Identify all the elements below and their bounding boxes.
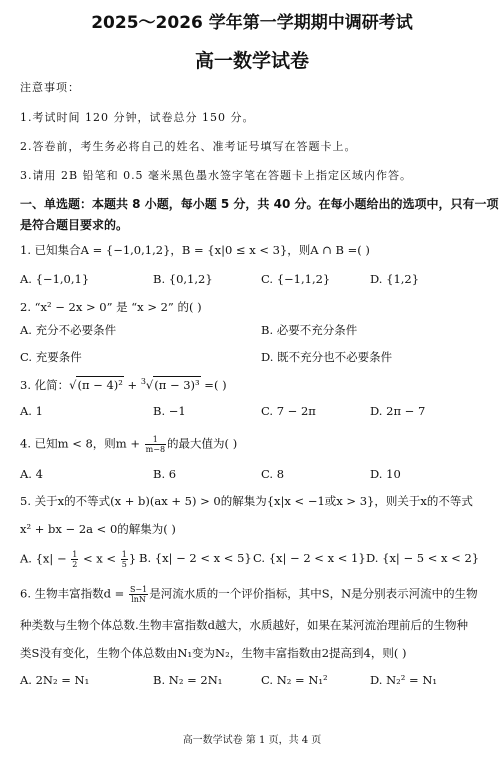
sqrt-symbol: √ [69, 378, 76, 392]
option-a-suffix: } [129, 552, 136, 566]
question-6-option-c[interactable]: C. N₂ = N₁² [261, 672, 328, 688]
question-6-option-a[interactable]: A. 2N₂ = N₁ [20, 672, 89, 688]
question-2-option-d[interactable]: D. 既不充分也不必要条件 [261, 349, 392, 365]
question-2-stem: 2. “x² − 2x > 0” 是 “x > 2” 的( ) [20, 299, 202, 315]
question-4-suffix: 的最大值为( ) [167, 437, 237, 451]
question-3-option-d[interactable]: D. 2π − 7 [370, 403, 425, 419]
fraction-numerator: 1 [71, 550, 78, 560]
question-4-prefix: 4. 已知m < 8，则m + [20, 437, 144, 451]
option-a-fraction-1: 12 [71, 550, 78, 569]
question-3-stem: 3. 化简：√(π − 4)² + 3√(π − 3)³ =( ) [20, 376, 227, 393]
question-6-stem-line2: 种类数与生物个体总数.生物丰富指数d越大，水质越好，如果在某河流治理前后的生物种 [20, 617, 468, 633]
page-footer: 高一数学试卷 第 1 页，共 4 页 [0, 731, 504, 746]
question-2-option-c[interactable]: C. 充要条件 [20, 349, 82, 365]
notes-heading: 注意事项： [20, 80, 80, 96]
question-6-line1-rest: 是河流水质的一个评价指标，其中S，N是分别表示河流中的生物 [149, 587, 477, 601]
question-1-option-a[interactable]: A. {−1,0,1} [20, 271, 89, 287]
question-3-suffix: =( ) [201, 378, 227, 392]
fraction-numerator: S−1 [129, 585, 148, 595]
question-6-fraction: S−1lnN [129, 585, 148, 604]
exam-subtitle: 高一数学试卷 [0, 46, 504, 73]
question-1-option-c[interactable]: C. {−1,1,2} [261, 271, 330, 287]
fraction-denominator: 5 [121, 560, 128, 569]
question-5-option-b[interactable]: B. {x| − 2 < x < 5} [139, 550, 252, 566]
question-3-option-a[interactable]: A. 1 [20, 403, 43, 419]
question-5-stem-line2: x² + bx − 2a < 0的解集为( ) [20, 521, 176, 537]
question-6-stem-line3: 类S没有变化，生物个体总数由N₁变为N₂，生物丰富指数由2提高到4，则( ) [20, 645, 406, 661]
section-heading-line2: 是符合题目要求的。 [20, 217, 128, 233]
note-item-3: 3.请用 2B 铅笔和 0.5 毫米黑色墨水签字笔在答题卡上指定区域内作答。 [20, 168, 412, 184]
exam-page: 2025～2026 学年第一学期期中调研考试 高一数学试卷 注意事项： 1.考试… [0, 0, 504, 764]
question-3-option-c[interactable]: C. 7 − 2π [261, 403, 316, 419]
fraction-numerator: 1 [121, 550, 128, 560]
cube-root-symbol: √ [146, 378, 153, 392]
question-6-option-d[interactable]: D. N₂² = N₁ [370, 672, 437, 688]
exam-title: 2025～2026 学年第一学期期中调研考试 [0, 8, 504, 33]
question-1-option-b[interactable]: B. {0,1,2} [153, 271, 213, 287]
question-4-option-a[interactable]: A. 4 [20, 466, 43, 482]
fraction-denominator: 2 [71, 560, 78, 569]
option-a-middle: < x < [79, 552, 119, 566]
question-6-prefix: 6. 生物丰富指数d = [20, 587, 128, 601]
question-5-option-d[interactable]: D. {x| − 5 < x < 2} [366, 550, 479, 566]
cube-root-radicand: (π − 3)³ [153, 376, 200, 393]
section-heading-line1: 一、单选题：本题共 8 小题，每小题 5 分，共 40 分。在每小题给出的选项中… [20, 196, 498, 212]
question-4-stem: 4. 已知m < 8，则m + 1m−8的最大值为( ) [20, 435, 237, 454]
note-item-1: 1.考试时间 120 分钟，试卷总分 150 分。 [20, 110, 254, 126]
option-a-fraction-2: 15 [121, 550, 128, 569]
question-3-option-b[interactable]: B. −1 [153, 403, 186, 419]
fraction-denominator: lnN [129, 595, 148, 604]
question-3-prefix: 3. 化简： [20, 378, 69, 392]
note-item-2: 2.答卷前，考生务必将自己的姓名、准考证号填写在答题卡上。 [20, 139, 357, 155]
question-4-option-c[interactable]: C. 8 [261, 466, 284, 482]
fraction-numerator: 1 [145, 435, 166, 445]
plus-sign: + [124, 378, 141, 392]
question-5-option-c[interactable]: C. {x| − 2 < x < 1} [253, 550, 366, 566]
sqrt-radicand: (π − 4)² [76, 376, 123, 393]
question-6-option-b[interactable]: B. N₂ = 2N₁ [153, 672, 222, 688]
question-4-option-d[interactable]: D. 10 [370, 466, 401, 482]
question-5-option-a[interactable]: A. {x| − 12 < x < 15} [20, 550, 136, 569]
question-2-option-a[interactable]: A. 充分不必要条件 [20, 322, 116, 338]
question-4-fraction: 1m−8 [145, 435, 166, 454]
question-6-stem-line1: 6. 生物丰富指数d = S−1lnN是河流水质的一个评价指标，其中S，N是分别… [20, 585, 478, 604]
fraction-denominator: m−8 [145, 445, 166, 454]
option-a-prefix: A. {x| − [20, 552, 70, 566]
question-2-option-b[interactable]: B. 必要不充分条件 [261, 322, 357, 338]
question-4-option-b[interactable]: B. 6 [153, 466, 176, 482]
question-1-option-d[interactable]: D. {1,2} [370, 271, 419, 287]
question-5-stem-line1: 5. 关于x的不等式(x + b)(ax + 5) > 0的解集为{x|x < … [20, 493, 473, 509]
question-1-stem: 1. 已知集合A = {−1,0,1,2}，B = {x|0 ≤ x < 3}，… [20, 242, 370, 258]
